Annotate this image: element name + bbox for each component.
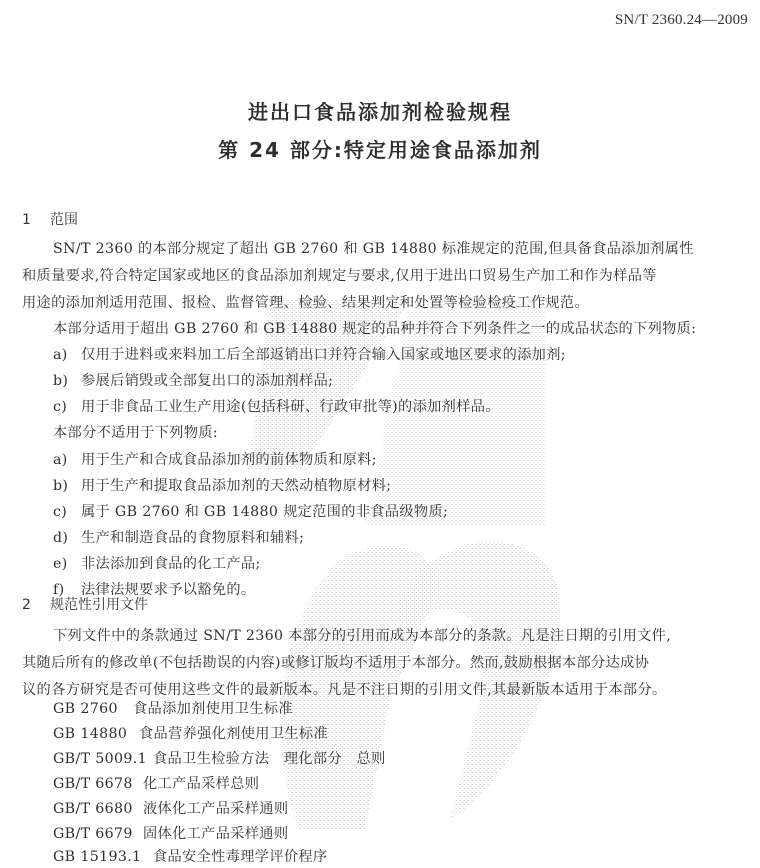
reference-item: GB/T 6679固体化工产品采样通则 (53, 823, 288, 843)
document-title: 进出口食品添加剂检验规程 (0, 96, 760, 125)
list-text: 生产和制造食品的食物原料和辅料; (81, 530, 304, 546)
paragraph-line: 和质量要求,符合特定国家或地区的食品添加剂规定与要求,仅用于进出口贸易生产加工和… (22, 265, 657, 285)
applicable-intro: 本部分适用于超出 GB 2760 和 GB 14880 规定的品种并符合下列条件… (53, 318, 696, 338)
reference-item: GB 15193.1食品安全性毒理学评价程序 (53, 846, 327, 866)
list-item: c)用于非食品工业生产用途(包括科研、行政审批等)的添加剂样品。 (53, 396, 500, 416)
reference-code: GB 2760 (53, 701, 133, 717)
reference-code: GB/T 6679 (53, 826, 143, 842)
section-title: 规范性引用文件 (50, 597, 148, 613)
list-item: d)生产和制造食品的食物原料和辅料; (53, 527, 304, 547)
document-subtitle: 第 24 部分:特定用途食品添加剂 (0, 134, 760, 163)
paragraph-line: 下列文件中的条款通过 SN/T 2360 本部分的引用而成为本部分的条款。凡是注… (53, 625, 671, 645)
list-label: c) (53, 399, 81, 415)
reference-code: GB 15193.1 (53, 849, 153, 865)
list-label: a) (53, 452, 81, 468)
list-label: b) (53, 478, 81, 494)
reference-title: 食品营养强化剂使用卫生标准 (139, 726, 328, 742)
list-label: b) (53, 373, 81, 389)
list-text: 用于生产和合成食品添加剂的前体物质和原料; (81, 452, 377, 468)
reference-title: 固体化工产品采样通则 (143, 826, 288, 842)
paragraph-line: 其随后所有的修改单(不包括勘误的内容)或修订版均不适用于本部分。然而,鼓励根据本… (22, 652, 649, 672)
reference-code: GB 14880 (53, 726, 139, 742)
list-text: 用于生产和提取食品添加剂的天然动植物原材料; (81, 478, 391, 494)
list-item: b)参展后销毁或全部复出口的添加剂样品; (53, 370, 333, 390)
reference-title: 食品添加剂使用卫生标准 (133, 701, 293, 717)
list-text: 仅用于进料或来料加工后全部返销出口并符合输入国家或地区要求的添加剂; (81, 347, 566, 363)
reference-title: 食品卫生检验方法 理化部分 总则 (153, 751, 386, 767)
reference-item: GB/T 6678化工产品采样总则 (53, 773, 259, 793)
section-heading-scope: 1范围 (22, 209, 78, 229)
section-heading-normative-references: 2规范性引用文件 (22, 594, 148, 614)
list-text: 参展后销毁或全部复出口的添加剂样品; (81, 373, 333, 389)
list-text: 属于 GB 2760 和 GB 14880 规定范围的非食品级物质; (81, 504, 448, 520)
reference-title: 食品安全性毒理学评价程序 (153, 849, 327, 865)
paragraph-line: 议的各方研究是否可使用这些文件的最新版本。凡是不注日期的引用文件,其最新版本适用… (22, 679, 667, 699)
section-number: 1 (22, 212, 50, 228)
reference-title: 化工产品采样总则 (143, 776, 259, 792)
section-number: 2 (22, 597, 50, 613)
list-text: 非法添加到食品的化工产品; (81, 556, 261, 572)
reference-code: GB/T 6678 (53, 776, 143, 792)
reference-code: GB/T 5009.1 (53, 751, 153, 767)
reference-item: GB/T 5009.1食品卫生检验方法 理化部分 总则 (53, 748, 386, 768)
list-label: a) (53, 347, 81, 363)
standard-code: SN/T 2360.24—2009 (615, 12, 748, 29)
list-item: b)用于生产和提取食品添加剂的天然动植物原材料; (53, 475, 391, 495)
reference-item: GB/T 6680液体化工产品采样通则 (53, 798, 288, 818)
reference-item: GB 14880食品营养强化剂使用卫生标准 (53, 723, 328, 743)
list-label: d) (53, 530, 81, 546)
list-item: a)用于生产和合成食品添加剂的前体物质和原料; (53, 449, 377, 469)
list-label: c) (53, 504, 81, 520)
list-item: a)仅用于进料或来料加工后全部返销出口并符合输入国家或地区要求的添加剂; (53, 344, 566, 364)
list-text: 用于非食品工业生产用途(包括科研、行政审批等)的添加剂样品。 (81, 399, 500, 415)
not-applicable-intro: 本部分不适用于下列物质: (53, 422, 218, 442)
section-title: 范围 (50, 212, 78, 228)
list-item: e)非法添加到食品的化工产品; (53, 553, 261, 573)
reference-item: GB 2760食品添加剂使用卫生标准 (53, 698, 293, 718)
paragraph-line: 用途的添加剂适用范围、报检、监督管理、检验、结果判定和处置等检验检疫工作规范。 (22, 292, 589, 312)
list-label: e) (53, 556, 81, 572)
paragraph-line: SN/T 2360 的本部分规定了超出 GB 2760 和 GB 14880 标… (53, 238, 694, 258)
reference-title: 液体化工产品采样通则 (143, 801, 288, 817)
reference-code: GB/T 6680 (53, 801, 143, 817)
list-item: c)属于 GB 2760 和 GB 14880 规定范围的非食品级物质; (53, 501, 448, 521)
